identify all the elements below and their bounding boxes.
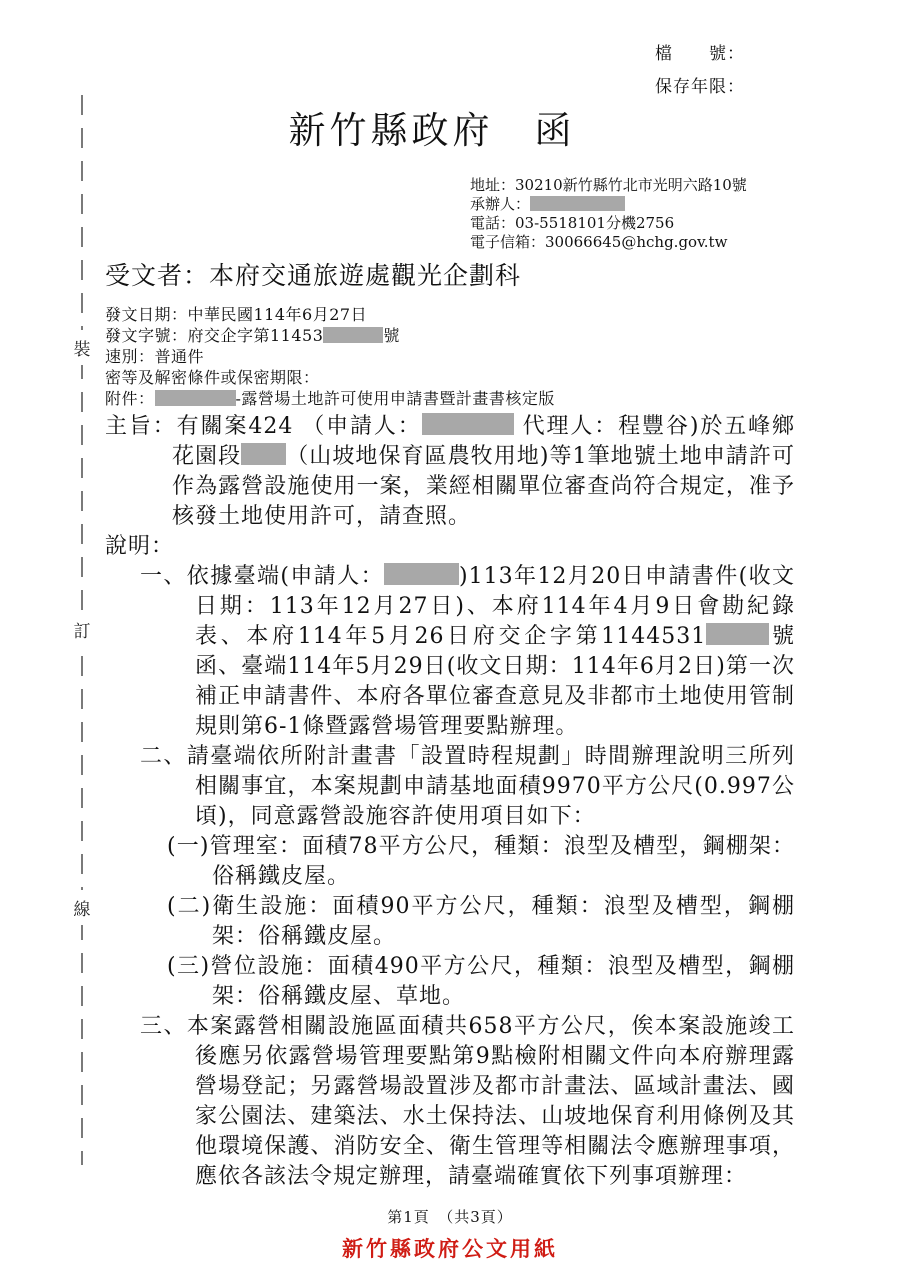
page-number: 第1頁 （共3頁） bbox=[0, 1206, 900, 1227]
meta-attachment: 附件：-露營場土地許可使用申請書暨計畫書核定版 bbox=[105, 388, 555, 409]
redaction-box bbox=[384, 563, 459, 585]
sender-email: 電子信箱：30066645@hchg.gov.tw bbox=[470, 233, 747, 252]
paper-name: 新竹縣政府公文用紙 bbox=[0, 1233, 900, 1263]
binding-mark-zhuang: 裝 bbox=[71, 330, 93, 365]
sender-address: 地址：30210新竹縣竹北市光明六路10號 bbox=[470, 176, 747, 195]
recipient-line: 受文者：本府交通旅遊處觀光企劃科 bbox=[105, 256, 521, 292]
meta-speed: 速別：普通件 bbox=[105, 346, 555, 367]
binding-mark-xian: 線 bbox=[71, 890, 93, 925]
sender-phone: 電話：03-5518101分機2756 bbox=[470, 214, 747, 233]
binding-mark-ding: 訂 bbox=[71, 612, 93, 647]
explanation-item-2: 二、請臺端依所附計畫書「設置時程規劃」時間辦理說明三所列相關事宜，本案規劃申請基… bbox=[105, 742, 795, 832]
subject-paragraph: 主旨：有關案424 （申請人： 代理人：程豐谷)於五峰鄉花園段（山坡地保育區農牧… bbox=[105, 412, 795, 532]
meta-date: 發文日期：中華民國114年6月27日 bbox=[105, 304, 555, 325]
explanation-label: 說明： bbox=[105, 532, 795, 562]
redaction-box bbox=[422, 413, 514, 435]
file-block: 檔 號： 保存年限： bbox=[655, 38, 745, 104]
meta-security: 密等及解密條件或保密期限： bbox=[105, 367, 555, 388]
sub-item-2: (二)衛生設施：面積90平方公尺，種類：浪型及槽型，鋼棚架：俗稱鐵皮屋。 bbox=[105, 892, 795, 952]
meta-block: 發文日期：中華民國114年6月27日 發文字號：府交企字第11453號 速別：普… bbox=[105, 304, 555, 409]
redaction-box bbox=[530, 196, 625, 211]
file-number-label: 檔 號： bbox=[655, 38, 745, 71]
sender-contact: 承辦人： bbox=[470, 195, 747, 214]
explanation-item-3: 三、本案露營相關設施區面積共658平方公尺，俟本案設施竣工後應另依露營場管理要點… bbox=[105, 1012, 795, 1192]
redaction-box bbox=[706, 623, 769, 645]
document-body: 主旨：有關案424 （申請人： 代理人：程豐谷)於五峰鄉花園段（山坡地保育區農牧… bbox=[105, 412, 795, 1192]
redaction-box bbox=[323, 327, 383, 343]
redaction-box bbox=[241, 443, 286, 465]
sender-info-block: 地址：30210新竹縣竹北市光明六路10號 承辦人： 電話：03-5518101… bbox=[470, 176, 747, 252]
meta-doc-number: 發文字號：府交企字第11453號 bbox=[105, 325, 555, 346]
sub-item-3: (三)營位設施：面積490平方公尺，種類：浪型及槽型，鋼棚架：俗稱鐵皮屋、草地。 bbox=[105, 952, 795, 1012]
document-page: 裝 訂 線 檔 號： 保存年限： 新竹縣政府 函 地址：30210新竹縣竹北市光… bbox=[0, 0, 900, 1273]
explanation-item-1: 一、依據臺端(申請人：)113年12月20日申請書件(收文日期：113年12月2… bbox=[105, 562, 795, 742]
document-title: 新竹縣政府 函 bbox=[0, 100, 882, 154]
sub-item-1: (一)管理室：面積78平方公尺，種類：浪型及槽型，鋼棚架：俗稱鐵皮屋。 bbox=[105, 832, 795, 892]
redaction-box bbox=[155, 390, 236, 406]
